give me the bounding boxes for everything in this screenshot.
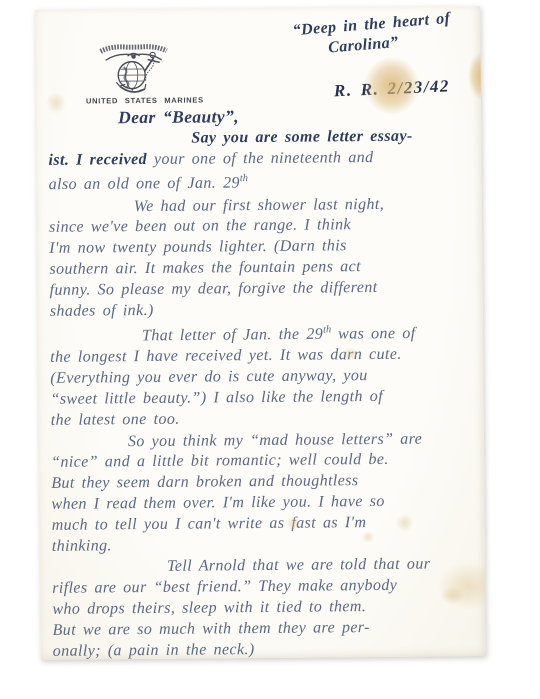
- handwriting-segment: Say you are some letter essay-: [191, 127, 412, 146]
- letter-line: That letter of Jan. the 29th was one of: [142, 319, 478, 347]
- handwriting-segment: That letter of Jan. the 29: [142, 326, 323, 345]
- letter-line: onally; (a pain in the neck.): [53, 638, 481, 660]
- letter-line: Say you are some letter essay-: [191, 126, 476, 149]
- handwriting-segment: But they seem darn broken and thoughtles…: [51, 472, 358, 492]
- handwriting-segment: ist. I received: [48, 151, 154, 169]
- handwritten-date: R. R. 2/23/42: [333, 76, 450, 101]
- letter-paragraph: We had our first shower last night,since…: [49, 194, 478, 323]
- handwriting-segment: thinking.: [52, 537, 112, 555]
- letter-line: We had our first shower last night,: [134, 194, 477, 218]
- handwriting-segment: rifles are our “best friend.” They make …: [52, 577, 397, 597]
- letter-line: thinking.: [52, 533, 480, 558]
- letter-paragraph: Say you are some letter essay-ist. I rec…: [48, 126, 477, 196]
- usmc-eagle-globe-anchor-emblem-icon: [97, 43, 169, 98]
- handwriting-segment: southern air. It makes the fountain pens…: [49, 258, 361, 278]
- handwriting-segment: We had our first shower last night,: [134, 195, 384, 214]
- handwriting-segment: much to tell you I can't write as fast a…: [52, 514, 367, 534]
- handwriting-segment: th: [240, 173, 248, 184]
- handwriting-segment: So you think my “mad house letters” are: [128, 430, 422, 450]
- handwriting-segment: shades of ink.): [50, 301, 154, 319]
- handwriting-segment: Tell Arnold that we are told that our: [167, 556, 430, 575]
- handwriting-segment: But we are so much with them they are pe…: [53, 619, 370, 639]
- letter-line: also an old one of Jan. 29th: [49, 167, 477, 196]
- handwriting-segment: (Everything you ever do is cute anyway, …: [50, 367, 367, 387]
- handwriting-segment: the longest I have received yet. It was …: [50, 346, 402, 366]
- handwriting-segment: funny. So please my dear, forgive the di…: [50, 279, 378, 299]
- letter-line: shades of ink.): [50, 298, 478, 323]
- scanned-letter-page: { "letterhead": { "title": "UNITED STATE…: [0, 0, 540, 699]
- letterhead-title: UNITED STATES MARINES: [86, 95, 204, 105]
- handwritten-quote: “Deep in the heart of Carolina”: [292, 9, 453, 61]
- letter-paragraph: That letter of Jan. the 29th was one oft…: [50, 319, 479, 431]
- salutation: Dear “Beauty”,: [118, 104, 476, 128]
- handwriting-segment: who drops theirs, sleep with it tied to …: [52, 598, 366, 618]
- handwriting-segment: also an old one of Jan. 29: [49, 175, 240, 194]
- paper-stain: [468, 52, 486, 100]
- letter-body: Dear “Beauty”, Say you are some letter e…: [48, 104, 481, 660]
- letter-line: Tell Arnold that we are told that our: [167, 554, 480, 578]
- handwriting-segment: “nice” and a little bit romantic; well c…: [51, 451, 389, 471]
- letter-paragraph: Tell Arnold that we are told that ourrif…: [52, 554, 481, 659]
- letter-line: the latest one too.: [51, 407, 479, 432]
- handwriting-segment: when I read them over. I'm like you. I h…: [51, 493, 384, 513]
- motto-ribbon: [100, 46, 166, 51]
- handwriting-segment: since we've been out on the range. I thi…: [49, 217, 351, 237]
- handwriting-segment: your one of the nineteenth and: [154, 149, 374, 168]
- handwriting-segment: “sweet little beauty.”) I also like the …: [50, 388, 383, 408]
- handwriting-segment: was one of: [331, 325, 416, 343]
- handwriting-segment: onally; (a pain in the neck.): [53, 641, 255, 660]
- letter-paragraph: So you think my “mad house letters” are“…: [51, 429, 480, 558]
- letter-paper: UNITED STATES MARINES “Deep in the heart…: [35, 6, 486, 660]
- handwriting-segment: I'm now twenty pounds lighter. (Darn thi…: [49, 237, 347, 257]
- handwriting-segment: the latest one too.: [51, 411, 180, 429]
